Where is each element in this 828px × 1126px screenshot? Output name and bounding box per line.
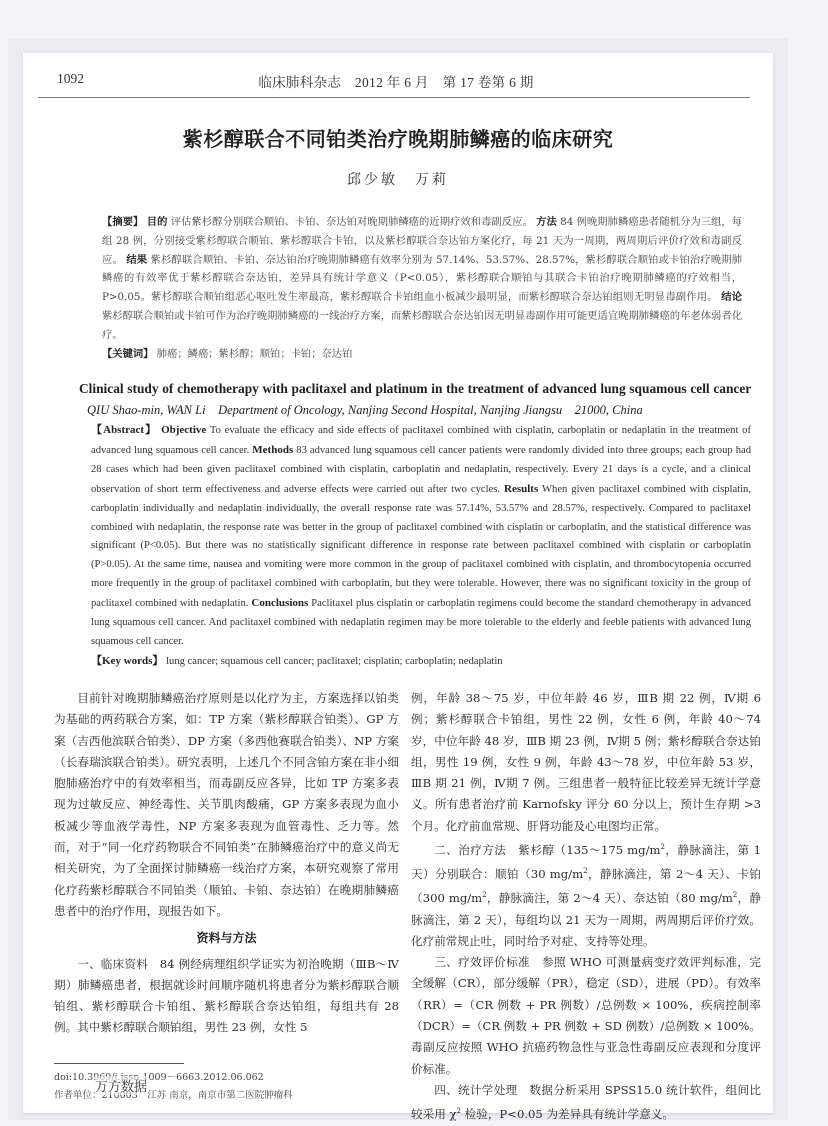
en-conclusions-label: Conclusions [251,597,308,609]
cn-results-label: 结果 [126,254,147,266]
cn-objective-label: 目的 [147,216,168,228]
en-abstract-label: 【Abstract】 [91,424,157,436]
cn-results-text: 紫杉醇联合顺铂、卡铂、奈达铂治疗晚期肺鳞癌有效率分别为 57.14%、53.57… [102,254,742,304]
statistics-text: 检验，P<0.05 为差异具有统计学意义。 [461,1107,674,1121]
footnote-rule [54,1063,184,1064]
header-rule [38,97,750,98]
english-title: Clinical study of chemotherapy with pacl… [79,381,751,396]
english-abstract: Clinical study of chemotherapy with pacl… [79,378,751,672]
english-title-block: Clinical study of chemotherapy with pacl… [79,378,751,421]
wanfang-watermark: 万方数据 [95,1076,147,1095]
section-heading-methods: 资料与方法 [54,928,399,949]
en-methods-label: Methods [252,444,293,456]
cn-objective-text: 评估紫杉醇分别联合顺铂、卡铂、奈达铂对晚期肺鳞癌的近期疗效和毒副反应。 [171,216,533,228]
treatment-text: 二、治疗方法 紫杉醇（135～175 mg/m [434,843,660,857]
clinical-data-continued: 例，年龄 38～75 岁，中位年龄 46 岁，ⅢB 期 22 例，Ⅳ期 6 例；… [411,688,761,837]
intro-paragraph: 目前针对晚期肺鳞癌治疗原则是以化疗为主，方案选择以铂类为基础的两药联合方案，如：… [54,688,399,922]
cn-keywords-text: 肺癌；鳞癌；紫杉醇；顺铂；卡铂；奈达铂 [157,348,353,360]
clinical-data-paragraph: 一、临床资料 84 例经病理组织学证实为初治晚期（ⅢB～Ⅳ期）肺鳞癌患者，根据就… [54,954,399,1039]
chinese-abstract: 【摘要】 目的 评估紫杉醇分别联合顺铂、卡铂、奈达铂对晚期肺鳞癌的近期疗效和毒副… [90,213,742,363]
en-keywords-text: lung cancer; squamous cell cancer; pacli… [166,656,503,667]
en-results-label: Results [504,483,538,495]
english-byline: QIU Shao-min, WAN Li Department of Oncol… [87,403,643,417]
cn-conclusion-text: 紫杉醇联合顺铂或卡铂可作为治疗晚期肺鳞癌的一线治疗方案，而紫杉醇联合奈达铂因无明… [102,310,742,341]
cn-methods-label: 方法 [536,216,557,228]
en-keywords-label: 【Key words】 [91,655,163,667]
body-column-right: 例，年龄 38～75 岁，中位年龄 46 岁，ⅢB 期 22 例，Ⅳ期 6 例；… [411,688,761,1125]
paper-page: 1092 临床肺科杂志 2012 年 6 月 第 17 卷第 6 期 紫杉醇联合… [23,53,773,1113]
cn-conclusion-label: 结论 [721,291,742,303]
treatment-paragraph: 二、治疗方法 紫杉醇（135～175 mg/m2，静脉滴注，第 1 天）分别联合… [411,837,761,952]
journal-info: 临床肺科杂志 2012 年 6 月 第 17 卷第 6 期 [47,71,745,91]
statistics-paragraph: 四、统计学处理 数据分析采用 SPSS15.0 统计软件，组间比较采用 χ2 检… [411,1080,761,1125]
treatment-text: ，静脉滴注，第 2～4 天）、奈达铂（80 mg/m [487,891,733,905]
running-header: 1092 临床肺科杂志 2012 年 6 月 第 17 卷第 6 期 [47,67,745,91]
en-objective-label: Objective [161,424,206,436]
article-authors: 邱少敏 万莉 [23,169,773,189]
article-title: 紫杉醇联合不同铂类治疗晚期肺鳞癌的临床研究 [23,123,773,152]
cn-abstract-label: 【摘要】 [102,216,143,228]
evaluation-paragraph: 三、疗效评价标准 参照 WHO 可测量病变疗效评判标准，完全缓解（CR），部分缓… [411,952,761,1080]
en-results-text: When given paclitaxel combined with cisp… [91,484,751,609]
cn-keywords-label: 【关键词】 [102,348,153,360]
body-column-left: 目前针对晚期肺鳞癌治疗原则是以化疗为主，方案选择以铂类为基础的两药联合方案，如：… [54,688,399,1039]
